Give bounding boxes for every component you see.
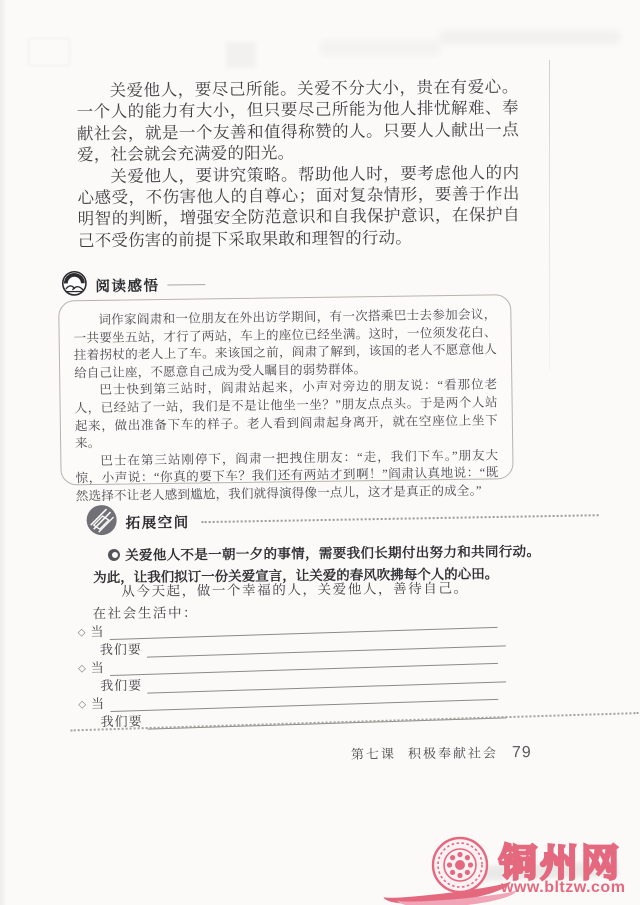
- medallion-seal-icon: [431, 836, 489, 899]
- layered-book-badge-icon: [85, 504, 117, 541]
- expand-section-badge: 拓展空间: [85, 499, 600, 541]
- watermark-site-url: www.bltzw.com: [501, 879, 625, 897]
- page-number: 79: [512, 744, 532, 762]
- pledge-form: ◇ 当 我们要 ◇ 当 我们要 ◇ 当 我: [78, 618, 499, 730]
- reading-section-badge: 阅读感悟: [61, 269, 205, 301]
- story-paragraph: 词作家阎肃和一位朋友在外出访学期间，有一次搭乘巴士去参加会议，一共要坐五站，才行…: [73, 306, 497, 382]
- badge-dotted-rule: [202, 514, 599, 523]
- when-label: 当: [91, 657, 105, 676]
- ring-bullet-icon: [108, 549, 120, 561]
- badge-tail-rule: [167, 284, 205, 285]
- diamond-bullet-icon: ◇: [78, 661, 87, 676]
- diamond-bullet-icon: ◇: [78, 697, 87, 712]
- site-watermark: 铜州网 www.bltzw.com: [383, 832, 640, 905]
- do-label: 我们要: [100, 639, 142, 658]
- sunrise-badge-icon: [61, 270, 87, 301]
- reading-story-box: 词作家阎肃和一位朋友在外出访学期间，有一次搭乘巴士去参加会议，一共要坐五站，才行…: [58, 294, 514, 485]
- page-content: 关爱他人，要尽己所能。关爱不分大小，贵在有爱心。一个人的能力有大小，但只要尽己所…: [0, 0, 640, 905]
- reading-section-title: 阅读感悟: [95, 275, 159, 297]
- story-paragraph: 巴士快到第三站时，阎肃站起来，小声对旁边的朋友说：“看那位老人，已经站了一站，我…: [74, 377, 498, 453]
- diamond-bullet-icon: ◇: [78, 625, 87, 640]
- pledge-line: 从今天起，做一个幸福的人，关爱他人，善待自己。: [121, 577, 468, 600]
- story-paragraph: 巴士在第三站刚停下，阎肃一把拽住朋友：“走，我们下车。”朋友大惊，小声说：“你真…: [75, 447, 499, 506]
- do-label: 我们要: [100, 675, 142, 694]
- body-paragraph: 关爱他人，要尽己所能。关爱不分大小，贵在有爱心。一个人的能力有大小，但只要尽己所…: [76, 76, 519, 166]
- page-footer: 第七课 积极奉献社会 79: [351, 742, 532, 764]
- body-paragraph: 关爱他人，要讲究策略。帮助他人时，要考虑他人的内心感受，不伤害他人的自尊心；面对…: [77, 162, 520, 252]
- pledge-line: 在社会生活中：: [92, 601, 198, 622]
- lesson-number: 第七课: [351, 743, 396, 762]
- lesson-title: 积极奉献社会: [408, 742, 498, 762]
- when-label: 当: [90, 621, 104, 640]
- body-text-block: 关爱他人，要尽己所能。关爱不分大小，贵在有爱心。一个人的能力有大小，但只要尽己所…: [76, 76, 520, 251]
- scanned-textbook-page: 关爱他人，要尽己所能。关爱不分大小，贵在有爱心。一个人的能力有大小，但只要尽己所…: [0, 0, 640, 905]
- when-label: 当: [91, 693, 105, 712]
- expand-section-title: 拓展空间: [126, 511, 190, 533]
